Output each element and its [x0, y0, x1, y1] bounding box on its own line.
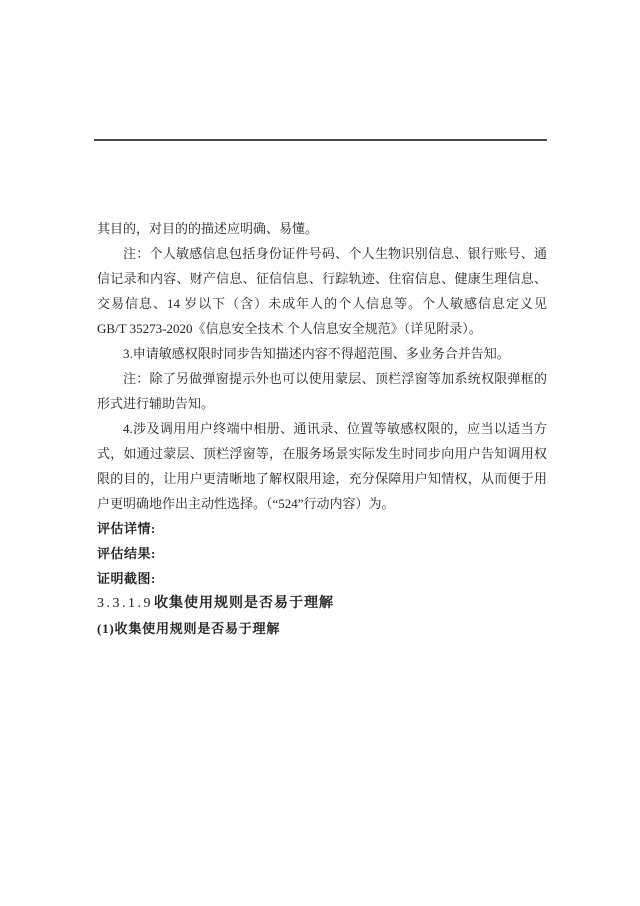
label-eval-result: 评估结果: [97, 541, 547, 566]
body-paragraph-item-4: 4.涉及调用用户终端中相册、通讯录、位置等敏感权限的，应当以适当方式，如通过蒙层… [97, 416, 547, 516]
horizontal-rule [94, 139, 547, 141]
body-paragraph-note-sensitive-info: 注：个人敏感信息包括身份证件号码、个人生物识别信息、银行账号、通信记录和内容、财… [97, 241, 547, 341]
body-paragraph-note-popup: 注：除了另做弹窗提示外也可以使用蒙层、顶栏浮窗等加系统权限弹框的形式进行辅助告知… [97, 366, 547, 416]
document-page: 其目的，对目的的描述应明确、易懂。 注：个人敏感信息包括身份证件号码、个人生物识… [0, 0, 640, 906]
section-heading: 3.3.1.9收集使用规则是否易于理解 [97, 591, 547, 616]
label-proof-screenshot: 证明截图: [97, 566, 547, 591]
label-eval-details: 评估详情: [97, 516, 547, 541]
section-heading-number: 3.3.1.9 [97, 596, 153, 611]
document-content: 其目的，对目的的描述应明确、易懂。 注：个人敏感信息包括身份证件号码、个人生物识… [97, 216, 547, 641]
body-paragraph-item-3: 3.申请敏感权限时同步告知描述内容不得超范围、多业务合并告知。 [97, 341, 547, 366]
sub-heading: (1)收集使用规则是否易于理解 [97, 616, 547, 641]
body-paragraph-continuation: 其目的，对目的的描述应明确、易懂。 [97, 216, 547, 241]
section-heading-title: 收集使用规则是否易于理解 [154, 596, 334, 611]
